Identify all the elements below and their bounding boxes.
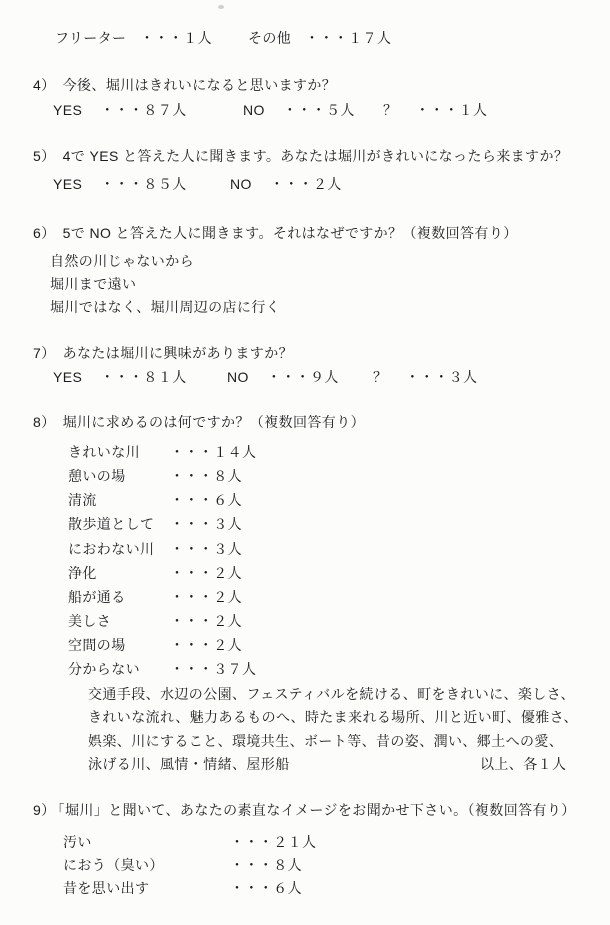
question-7-answers: YES・・・８１人 NO・・・９人 ？・・・３人 [53,369,573,387]
q8-tally-row: 散歩道として ・・・３人 [68,516,418,534]
question-4-number: 4） [33,77,56,93]
answer-value: ・・・８７人 [100,102,186,118]
tally-label: きれいな川 [68,444,140,462]
question-7-number: 7） [33,345,56,361]
tally-label: 汚い [63,834,92,852]
answer-label: NO [227,369,249,385]
answer-yes: YES・・・８７人 [53,102,187,120]
tally-value-other: ・・・１７人 [305,30,391,48]
answer-no: NO・・・５人 [243,102,355,120]
q8-tally-row: 清流 ・・・６人 [68,492,418,510]
tally-value: ・・・２人 [170,637,242,655]
answer-value: ・・・９人 [267,369,339,385]
answer-unknown: ？・・・１人 [383,102,487,120]
q9-tally-row: 汚い ・・・２１人 [63,834,423,852]
tally-label: 分からない [68,661,140,679]
question-5-header: 5）4で YES と答えた人に聞きます。あなたは堀川がきれいになったら来ますか？ [33,148,568,166]
answer-no: NO・・・２人 [230,176,342,194]
question-7-text: あなたは堀川に興味がありますか？ [63,345,293,361]
q8-others-count-note: 以上、各１人 [480,756,566,774]
q8-tally-row: 分からない ・・・３７人 [68,661,418,679]
q8-tally-row: におわない川 ・・・３人 [68,541,418,559]
answer-unknown: ？・・・３人 [373,369,477,387]
tally-value: ・・・８人 [170,468,242,486]
answer-yes: YES・・・８５人 [53,176,187,194]
q8-other-answers-line-1: 交通手段、水辺の公園、フェスティバルを続ける、町をきれいに、楽しさ、 [88,686,575,704]
answer-value: ・・・２人 [270,176,342,192]
tally-label: 昔を思い出す [63,880,149,898]
tally-label: 清流 [68,492,97,510]
q8-other-answers-line-2: きれいな流れ、魅力あるものへ、時たま来れる場所、川と近い町、優雅さ、 [88,709,578,727]
q9-tally-row: におう（臭い） ・・・８人 [63,857,423,875]
question-4-text: 今後、堀川はきれいになると思いますか？ [63,77,337,93]
tally-value: ・・・３７人 [170,661,256,679]
tally-value: ・・・６人 [230,880,302,898]
tally-value: ・・・１４人 [170,444,256,462]
answer-value: ・・・８１人 [100,369,186,385]
answer-value: ・・・５人 [283,102,355,118]
q9-tally-row: 昔を思い出す ・・・６人 [63,880,423,898]
answer-yes: YES・・・８１人 [53,369,187,387]
tally-value: ・・・３人 [170,516,242,534]
answer-no: NO・・・９人 [227,369,339,387]
answer-label: YES [53,369,82,385]
question-9-text: 「堀川」と聞いて、あなたの素直なイメージをお聞かせ下さい。（複数回答有り） [58,802,576,818]
question-9-number: 9） [33,802,56,818]
question-5-answers: YES・・・８５人 NO・・・２人 [53,176,573,194]
question-8-text: 堀川に求めるのは何ですか？（複数回答有り） [63,414,365,430]
tally-value: ・・・２人 [170,589,242,607]
answer-label: NO [230,176,252,192]
answer-label: YES [53,176,82,192]
q8-tally-row: きれいな川 ・・・１４人 [68,444,418,462]
tally-label: 美しさ [68,613,111,631]
scanned-survey-page: フリーター ・・・１人 その他 ・・・１７人 4）今後、堀川はきれいになると思い… [0,0,610,925]
scan-artifact-dot [218,5,224,9]
question-6-free-answer-2: 堀川まで遠い [50,276,136,294]
tally-value: ・・・３人 [170,541,242,559]
question-4-header: 4）今後、堀川はきれいになると思いますか？ [33,77,336,95]
question-5-text: 4で YES と答えた人に聞きます。あなたは堀川がきれいになったら来ますか？ [63,148,569,164]
tally-value-freeter: ・・・１人 [140,30,212,48]
q8-tally-row: 船が通る ・・・２人 [68,589,418,607]
answer-value: ・・・１人 [415,102,487,118]
tally-label: におう（臭い） [63,857,164,875]
tally-label: 浄化 [68,565,97,583]
tally-label-freeter: フリーター [55,30,126,48]
tally-label-other: その他 [248,30,291,48]
question-5-number: 5） [33,148,56,164]
tally-value: ・・・２１人 [230,834,316,852]
tally-label: 船が通る [68,589,126,607]
q8-other-answers-line-3: 娯楽、川にすること、環境共生、ボート等、昔の姿、潤い、郷土への愛、 [88,733,563,751]
q8-tally-row: 浄化 ・・・２人 [68,565,418,583]
question-6-number: 6） [33,225,56,241]
answer-label: NO [243,102,265,118]
answer-label: YES [53,102,82,118]
question-6-free-answer-1: 自然の川じゃないから [50,253,194,271]
question-6-free-answer-3: 堀川ではなく、堀川周辺の店に行く [50,299,280,317]
tally-value: ・・・２人 [170,613,242,631]
q8-tally-row: 憩いの場 ・・・８人 [68,468,418,486]
tally-label: 散歩道として [68,516,154,534]
question-8-header: 8）堀川に求めるのは何ですか？（複数回答有り） [33,414,365,432]
q8-tally-row: 空間の場 ・・・２人 [68,637,418,655]
question-9-header: 9）「堀川」と聞いて、あなたの素直なイメージをお聞かせ下さい。（複数回答有り） [33,802,576,820]
q8-other-answers-line-4: 泳げる川、風情・情緒、屋形船 [88,756,290,774]
answer-value: ・・・３人 [405,369,477,385]
answer-label: ？ [373,369,387,385]
tally-label: におわない川 [68,541,154,559]
answer-value: ・・・８５人 [100,176,186,192]
question-7-header: 7）あなたは堀川に興味がありますか？ [33,345,293,363]
q8-tally-row: 美しさ ・・・２人 [68,613,418,631]
tally-value: ・・・８人 [230,857,302,875]
tally-label: 憩いの場 [68,468,126,486]
tally-value: ・・・２人 [170,565,242,583]
question-6-text: 5で NO と答えた人に聞きます。それはなぜですか？（複数回答有り） [63,225,518,241]
tally-value: ・・・６人 [170,492,242,510]
question-8-number: 8） [33,414,56,430]
question-4-answers: YES・・・８７人 NO・・・５人 ？・・・１人 [53,102,573,120]
question-6-header: 6）5で NO と答えた人に聞きます。それはなぜですか？（複数回答有り） [33,225,518,243]
answer-label: ？ [383,102,397,118]
tally-label: 空間の場 [68,637,126,655]
employment-tally-row: フリーター ・・・１人 その他 ・・・１７人 [55,30,555,48]
